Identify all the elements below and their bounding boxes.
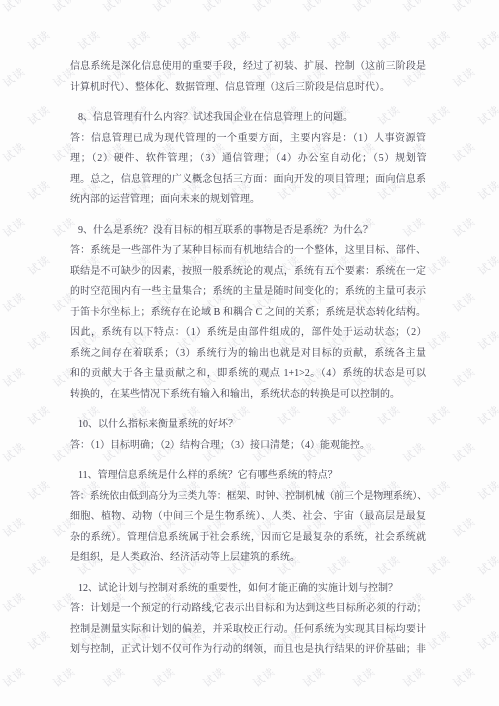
question-line: 9、什么是系统？没有目标的相互联系的事物是否是系统？为什么？	[70, 221, 426, 242]
watermark-text: 试读	[450, 63, 479, 90]
document-content: 信息系统是深化信息使用的重要手段，经过了初装、扩展、控制（这前三阶段是 计算机时…	[70, 57, 426, 671]
watermark-text: 试读	[0, 438, 28, 465]
watermark-text: 试读	[450, 363, 479, 390]
watermark-text: 试读	[475, 101, 499, 128]
watermark-text: 试读	[0, 588, 28, 615]
watermark-text: 试读	[150, 0, 179, 16]
answer-line: 联结是不可缺少的因素，按照一般系统论的观点，系统有五个要素：系统在一定	[70, 262, 426, 283]
answer-line: 因此，系统有以下特点：（1）系统是由部件组成的，部件处于运动状态；（2）	[70, 323, 426, 344]
watermark-text: 试读	[450, 588, 479, 615]
watermark-text: 试读	[450, 438, 479, 465]
watermark-text: 试读	[450, 213, 479, 240]
watermark-text: 试读	[475, 176, 499, 203]
watermark-text: 试读	[25, 326, 54, 353]
watermark-text: 试读	[300, 0, 329, 16]
watermark-text: 试读	[325, 26, 354, 53]
watermark-text: 试读	[175, 26, 204, 53]
answer-line: 于笛卡尔坐标上；系统存在论域 B 和耦合 C 之间的关系；系统是状态转化结构。	[70, 303, 426, 324]
watermark-text: 试读	[225, 26, 254, 53]
watermark-text: 试读	[375, 26, 404, 53]
qa-block-9: 9、什么是系统？没有目标的相互联系的事物是否是系统？为什么？ 答：系统是一些部件…	[70, 221, 426, 406]
answer-line: 系统之间存在着联系；（3）系统行为的输出也就是对目标的贡献，系统各主量	[70, 344, 426, 365]
answer-line: 统内部的运营管理；面向未来的规划管理。	[70, 190, 426, 211]
answer-line: 答：信息管理已成为现代管理的一个重要方面，主要内容是：（1）人事资源管	[70, 129, 426, 150]
question-line: 10、以什么指标来衡量系统的好坏？	[70, 415, 426, 436]
watermark-text: 试读	[425, 626, 454, 653]
watermark-text: 试读	[425, 476, 454, 503]
answer-line: 划与控制，正式计划不仅可作为行动的纲领，而且也是执行结果的评价基础；非	[70, 640, 426, 661]
watermark-text: 试读	[450, 513, 479, 540]
watermark-text: 试读	[425, 326, 454, 353]
watermark-text: 试读	[0, 213, 28, 240]
watermark-text: 试读	[25, 476, 54, 503]
watermark-text: 试读	[400, 0, 429, 16]
watermark-text: 试读	[200, 0, 229, 16]
answer-line: 杂的系统）。管理信息系统属于社会系统，因而它是最复杂的系统，社会系统就	[70, 528, 426, 549]
qa-block-12: 12、试论计划与控制对系统的重要性，如何才能正确的实施计划与控制？ 答：计划是一…	[70, 579, 426, 661]
watermark-text: 试读	[450, 138, 479, 165]
watermark-text: 试读	[475, 251, 499, 278]
watermark-text: 试读	[425, 26, 454, 53]
watermark-text: 试读	[450, 0, 479, 16]
watermark-text: 试读	[475, 626, 499, 653]
answer-line: 控制是测量实际和计划的偏差，并采取校正行动。任何系统为实现其目标均要计	[70, 620, 426, 641]
watermark-text: 试读	[125, 26, 154, 53]
watermark-text: 试读	[475, 476, 499, 503]
watermark-text: 试读	[25, 251, 54, 278]
watermark-text: 试读	[75, 26, 104, 53]
answer-line: 答：系统是一些部件为了某种目标而有机地结合的一个整体，这里目标、部件、	[70, 241, 426, 262]
watermark-text: 试读	[0, 288, 28, 315]
watermark-text: 试读	[450, 288, 479, 315]
watermark-text: 试读	[475, 26, 499, 53]
text-line: 计算机时代）、整体化、数据管理、信息管理（这后三阶段是信息时代）。	[70, 78, 426, 99]
watermark-text: 试读	[475, 401, 499, 428]
watermark-text: 试读	[25, 551, 54, 578]
watermark-text: 试读	[250, 0, 279, 16]
watermark-text: 试读	[0, 63, 28, 90]
watermark-text: 试读	[0, 663, 28, 690]
watermark-text: 试读	[25, 401, 54, 428]
watermark-text: 试读	[25, 176, 54, 203]
watermark-text: 试读	[0, 138, 28, 165]
question-line: 12、试论计划与控制对系统的重要性，如何才能正确的实施计划与控制？	[70, 579, 426, 600]
document-page: { "colors": { "text": "#3e3e4c", "waterm…	[0, 0, 499, 706]
watermark-text: 试读	[0, 513, 28, 540]
watermark-text: 试读	[25, 101, 54, 128]
watermark-text: 试读	[0, 0, 28, 16]
text-line: 信息系统是深化信息使用的重要手段，经过了初装、扩展、控制（这前三阶段是	[70, 57, 426, 78]
watermark-text: 试读	[450, 663, 479, 690]
answer-line: 是组织，是人类政治、经济活动等上层建筑的系统。	[70, 548, 426, 569]
qa-block-11: 11、管理信息系统是什么样的系统？它有哪些系统的特点？ 答：系统依由低到高分为三…	[70, 466, 426, 569]
answer-line: 理；（2）硬件、软件管理；（3）通信管理；（4）办公室自动化；（5）规划管	[70, 149, 426, 170]
answer-line: 答：计划是一个预定的行动路线,它表示出目标和为达到这些目标所必须的行动；	[70, 599, 426, 620]
answer-line: 和的贡献大于各主量贡献之和，即系统的观点 1+1>2。（4）系统的状态是可以	[70, 364, 426, 385]
watermark-text: 试读	[425, 101, 454, 128]
watermark-text: 试读	[0, 363, 28, 390]
watermark-text: 试读	[25, 26, 54, 53]
answer-line: 的时空范围内有一些主量集合；系统的主量是随时间变化的；系统的主量可表示	[70, 282, 426, 303]
answer-line: 转换的，在某些情况下系统有输入和输出，系统状态的转换是可以控制的。	[70, 385, 426, 406]
answer-line: 细胞、植物、动物（中间三个是生物系统）、人类、社会、宇宙（最高层是最复	[70, 507, 426, 528]
watermark-text: 试读	[100, 0, 129, 16]
watermark-text: 试读	[275, 26, 304, 53]
watermark-text: 试读	[425, 176, 454, 203]
watermark-text: 试读	[475, 551, 499, 578]
watermark-text: 试读	[425, 401, 454, 428]
scanned-page: 试读试读试读试读试读试读试读试读试读试读试读试读试读试读试读试读试读试读试读试读…	[0, 0, 499, 706]
answer-line: 答：系统依由低到高分为三类九等：框架、时钟、控制机械（前三个是物理系统）、	[70, 487, 426, 508]
watermark-text: 试读	[425, 551, 454, 578]
answer-line: 理。总之，信息管理的广义概念包括三方面：面向开发的项目管理；面向信息系	[70, 170, 426, 191]
qa-block-8: 8、信息管理有什么内容？试述我国企业在信息管理上的问题。 答：信息管理已成为现代…	[70, 108, 426, 211]
question-line: 8、信息管理有什么内容？试述我国企业在信息管理上的问题。	[70, 108, 426, 129]
qa-block-10: 10、以什么指标来衡量系统的好坏？ 答：（1）目标明确；（2）结构合理；（3）接…	[70, 415, 426, 456]
answer-line: 答：（1）目标明确；（2）结构合理；（3）接口清楚；（4）能观能控。	[70, 436, 426, 457]
watermark-text: 试读	[475, 326, 499, 353]
paragraph-continuation: 信息系统是深化信息使用的重要手段，经过了初装、扩展、控制（这前三阶段是 计算机时…	[70, 57, 426, 98]
watermark-text: 试读	[50, 0, 79, 16]
watermark-text: 试读	[425, 251, 454, 278]
watermark-text: 试读	[25, 626, 54, 653]
question-line: 11、管理信息系统是什么样的系统？它有哪些系统的特点？	[70, 466, 426, 487]
watermark-text: 试读	[350, 0, 379, 16]
